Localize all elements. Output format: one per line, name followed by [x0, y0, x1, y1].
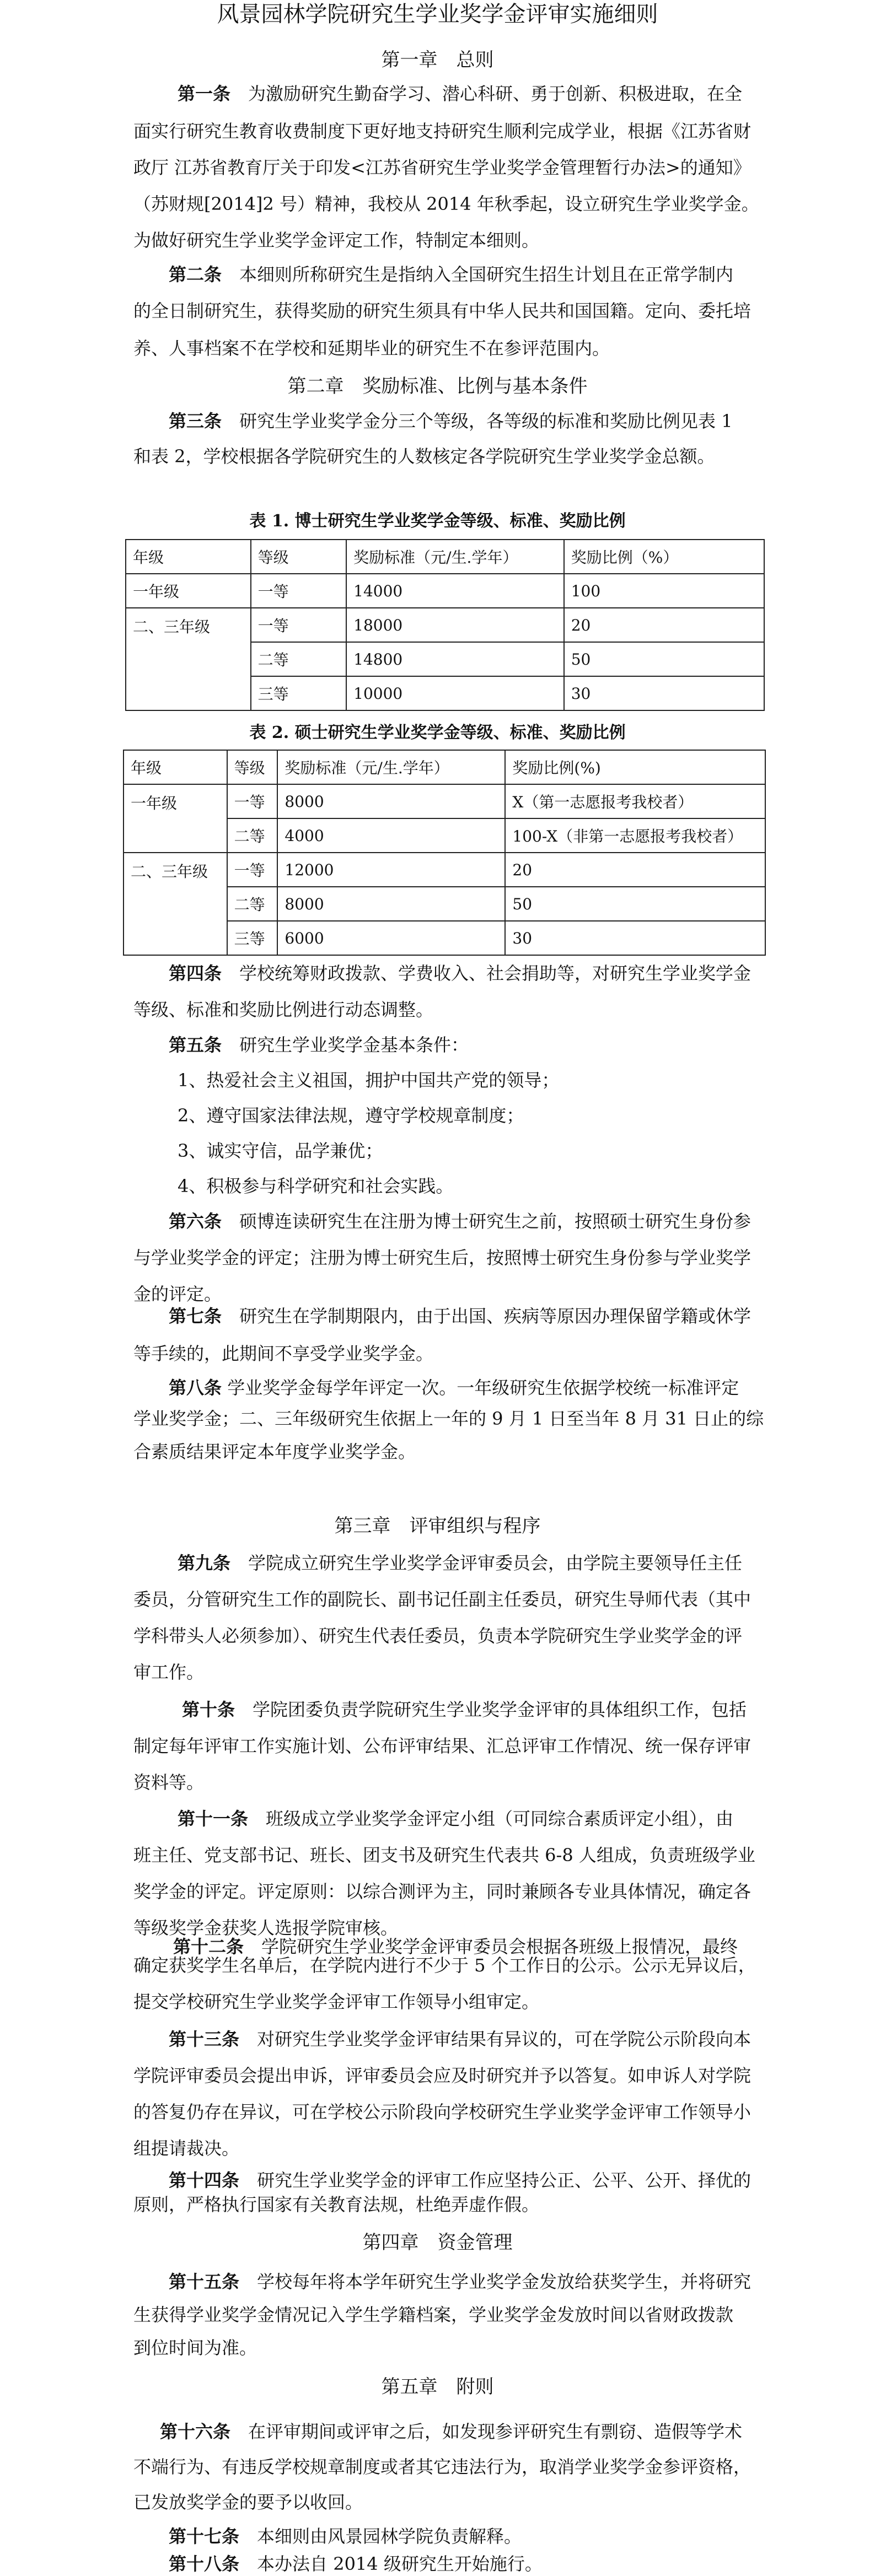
grade-cell: 二、三年级 — [124, 853, 227, 955]
article-9-line: 学科带头人必须参加）、研究生代表任委员，负责本学院研究生学业奖学金的评 — [133, 1625, 742, 1647]
ratio-cell: 20 — [505, 853, 765, 887]
table-row: 一年级 一等 8000 X（第一志愿报考我校者） — [124, 784, 765, 818]
condition-item: 2、遵守国家法律法规，遵守学校规章制度； — [178, 1104, 524, 1127]
table-2-masters: 年级 等级 奖励标准（元/生.学年） 奖励比例(%) 一年级 一等 8000 X… — [123, 750, 766, 956]
article-9-line: 审工作。 — [133, 1661, 204, 1683]
header-cell: 等级 — [251, 540, 346, 574]
article-label: 第十八条 — [169, 2553, 239, 2574]
table-header-row: 年级 等级 奖励标准（元/生.学年） 奖励比例(%) — [124, 750, 765, 784]
level-cell: 三等 — [227, 921, 278, 955]
article-label: 第十六条 — [160, 2421, 230, 2442]
article-label: 第三条 — [169, 411, 222, 432]
article-16-line: 不端行为、有违反学校规章制度或者其它违法行为，取消学业奖学金参评资格， — [133, 2456, 751, 2478]
header-cell: 年级 — [124, 750, 227, 784]
table-header-row: 年级 等级 奖励标准（元/生.学年） 奖励比例（%） — [126, 540, 764, 574]
article-9-line: 委员，分管研究生工作的副院长、副书记任副主任委员，研究生导师代表（其中 — [133, 1588, 751, 1610]
article-label: 第七条 — [169, 1306, 222, 1327]
chapter-1-heading: 第一章 总则 — [0, 48, 875, 72]
amount-cell: 8000 — [277, 887, 505, 921]
grade-cell: 一年级 — [126, 574, 251, 608]
article-1-line: 第一条 为激励研究生勤奋学习、潜心科研、勇于创新、积极进取，在全 — [178, 83, 742, 105]
chapter-2-heading: 第二章 奖励标准、比例与基本条件 — [0, 375, 875, 398]
article-13-line: 的答复仍存在异议，可在学校公示阶段向学校研究生学业奖学金评审工作领导小 — [133, 2101, 751, 2123]
article-label: 第二条 — [169, 264, 222, 285]
article-8-line: 第八条 学业奖学金每学年评定一次。一年级研究生依据学校统一标准评定 — [169, 1377, 739, 1399]
article-8-line: 学业奖学金；二、三年级研究生依据上一年的 9 月 1 日至当年 8 月 31 日… — [133, 1408, 764, 1430]
article-label: 第十三条 — [169, 2029, 239, 2050]
table-row: 二、三年级 一等 12000 20 — [124, 853, 765, 887]
table-1-caption: 表 1. 博士研究生学业奖学金等级、标准、奖励比例 — [0, 511, 875, 531]
amount-cell: 14000 — [346, 574, 564, 608]
article-label: 第十七条 — [169, 2526, 239, 2547]
article-1-line: 政厅 江苏省教育厅关于印发<江苏省研究生学业奖学金管理暂行办法>的通知》 — [133, 157, 751, 179]
article-label: 第十条 — [182, 1699, 235, 1720]
article-1-line: 为做好研究生学业奖学金评定工作，特制定本细则。 — [133, 229, 539, 251]
article-11-line: 班主任、党支部书记、班长、团支书及研究生代表共 6-8 人组成，负责班级学业 — [133, 1844, 755, 1866]
article-13-line: 第十三条 对研究生学业奖学金评审结果有异议的，可在学院公示阶段向本 — [169, 2028, 751, 2050]
article-6-line: 第六条 硕博连读研究生在注册为博士研究生之前，按照硕士研究生身份参 — [169, 1210, 751, 1232]
article-6-line: 与学业奖学金的评定；注册为博士研究生后，按照博士研究生身份参与学业奖学 — [133, 1247, 751, 1269]
article-label: 第四条 — [169, 963, 222, 984]
level-cell: 一等 — [251, 574, 346, 608]
article-1-line: 面实行研究生教育收费制度下更好地支持研究生顺利完成学业，根据《江苏省财 — [133, 120, 751, 142]
article-2-line: 第二条 本细则所称研究生是指纳入全国研究生招生计划且在正常学制内 — [169, 263, 733, 285]
article-label: 第八条 — [169, 1377, 222, 1398]
ratio-cell: 100-X（非第一志愿报考我校者） — [505, 818, 765, 853]
header-cell: 奖励比例（%） — [564, 540, 764, 574]
document-title: 风景园林学院研究生学业奖学金评审实施细则 — [0, 1, 875, 28]
amount-cell: 18000 — [346, 608, 564, 642]
article-10-line: 资料等。 — [133, 1771, 204, 1793]
article-label: 第十四条 — [169, 2170, 239, 2191]
chapter-5-heading: 第五章 附则 — [0, 2375, 875, 2399]
level-cell: 二等 — [227, 887, 278, 921]
level-cell: 一等 — [227, 853, 278, 887]
article-7-line: 第七条 研究生在学制期限内，由于出国、疾病等原因办理保留学籍或休学 — [169, 1305, 751, 1327]
header-cell: 等级 — [227, 750, 278, 784]
article-15-line: 第十五条 学校每年将本学年研究生学业奖学金发放给获奖学生，并将研究 — [169, 2271, 751, 2293]
ratio-cell: 50 — [564, 642, 764, 676]
article-13-line: 组提请裁决。 — [133, 2137, 239, 2159]
ratio-cell: 50 — [505, 887, 765, 921]
article-label: 第一条 — [178, 83, 230, 104]
article-17-line: 第十七条 本细则由风景园林学院负责解释。 — [169, 2525, 522, 2547]
article-label: 第六条 — [169, 1211, 222, 1232]
article-11-line: 第十一条 班级成立学业奖学金评定小组（可同综合素质评定小组），由 — [178, 1808, 733, 1830]
header-cell: 奖励标准（元/生.学年） — [277, 750, 505, 784]
article-2-line: 养、人事档案不在学校和延期毕业的研究生不在参评范围内。 — [133, 337, 610, 359]
article-8-line: 合素质结果评定本年度学业奖学金。 — [133, 1441, 416, 1463]
article-7-line: 等手续的，此期间不享受学业奖学金。 — [133, 1343, 433, 1365]
condition-item: 1、热爱社会主义祖国，拥护中国共产党的领导； — [178, 1069, 559, 1091]
article-4-line: 等级、标准和奖励比例进行动态调整。 — [133, 999, 433, 1021]
amount-cell: 14800 — [346, 642, 564, 676]
header-cell: 年级 — [126, 540, 251, 574]
ratio-cell: 100 — [564, 574, 764, 608]
article-14-line: 第十四条 研究生学业奖学金的评审工作应坚持公正、公平、公开、择优的 — [169, 2169, 751, 2191]
article-10-line: 制定每年评审工作实施计划、公布评审结果、汇总评审工作情况、统一保存评审 — [133, 1735, 751, 1757]
article-15-line: 生获得学业奖学金情况记入学生学籍档案，学业奖学金发放时间以省财政拨款 — [133, 2304, 733, 2326]
ratio-cell: X（第一志愿报考我校者） — [505, 784, 765, 818]
article-18-line: 第十八条 本办法自 2014 级研究生开始施行。 — [169, 2553, 543, 2575]
ratio-cell: 30 — [564, 676, 764, 710]
table-row: 二、三年级 一等 18000 20 — [126, 608, 764, 642]
amount-cell: 8000 — [277, 784, 505, 818]
level-cell: 一等 — [227, 784, 278, 818]
article-16-line: 第十六条 在评审期间或评审之后，如发现参评研究生有剽窃、造假等学术 — [160, 2421, 742, 2443]
table-2-caption: 表 2. 硕士研究生学业奖学金等级、标准、奖励比例 — [0, 723, 875, 743]
level-cell: 三等 — [251, 676, 346, 710]
chapter-4-heading: 第四章 资金管理 — [0, 2231, 875, 2254]
condition-item: 3、诚实守信，品学兼优； — [178, 1140, 383, 1162]
article-2-line: 的全日制研究生，获得奖励的研究生须具有中华人民共和国国籍。定向、委托培 — [133, 300, 751, 322]
table-row: 一年级 一等 14000 100 — [126, 574, 764, 608]
article-11-line: 奖学金的评定。评定原则：以综合测评为主，同时兼顾各专业具体情况，确定各 — [133, 1880, 751, 1903]
header-cell: 奖励标准（元/生.学年） — [346, 540, 564, 574]
header-cell: 奖励比例(%) — [505, 750, 765, 784]
article-6-line: 金的评定。 — [133, 1283, 222, 1305]
article-1-line: （苏财规[2014]2 号）精神，我校从 2014 年秋季起，设立研究生学业奖学… — [133, 193, 759, 215]
article-12-line: 确定获奖学生名单后，在学院内进行不少于 5 个工作日的公示。公示无异议后， — [133, 1954, 756, 1976]
level-cell: 二等 — [251, 642, 346, 676]
article-14-line: 原则，严格执行国家有关教育法规，杜绝弄虚作假。 — [133, 2194, 539, 2216]
amount-cell: 10000 — [346, 676, 564, 710]
article-15-line: 到位时间为准。 — [133, 2337, 257, 2359]
amount-cell: 4000 — [277, 818, 505, 853]
article-10-line: 第十条 学院团委负责学院研究生学业奖学金评审的具体组织工作，包括 — [182, 1699, 747, 1721]
article-label: 第九条 — [178, 1553, 230, 1573]
article-16-line: 已发放奖学金的要予以收回。 — [133, 2491, 363, 2513]
article-3-line: 和表 2，学校根据各学院研究生的人数核定各学院研究生学业奖学金总额。 — [133, 445, 715, 467]
amount-cell: 6000 — [277, 921, 505, 955]
article-label: 第五条 — [169, 1034, 222, 1055]
article-12-line: 提交学校研究生学业奖学金评审工作领导小组审定。 — [133, 1991, 539, 2013]
article-9-line: 第九条 学院成立研究生学业奖学金评审委员会，由学院主要领导任主任 — [178, 1552, 742, 1574]
level-cell: 二等 — [227, 818, 278, 853]
amount-cell: 12000 — [277, 853, 505, 887]
level-cell: 一等 — [251, 608, 346, 642]
ratio-cell: 30 — [505, 921, 765, 955]
table-1-doctoral: 年级 等级 奖励标准（元/生.学年） 奖励比例（%） 一年级 一等 14000 … — [125, 539, 765, 711]
chapter-3-heading: 第三章 评审组织与程序 — [0, 1515, 875, 1538]
article-3-line: 第三条 研究生学业奖学金分三个等级，各等级的标准和奖励比例见表 1 — [169, 410, 733, 432]
article-5-line: 第五条 研究生学业奖学金基本条件： — [169, 1034, 469, 1056]
grade-cell: 二、三年级 — [126, 608, 251, 710]
ratio-cell: 20 — [564, 608, 764, 642]
article-4-line: 第四条 学校统筹财政拨款、学费收入、社会捐助等，对研究生学业奖学金 — [169, 962, 751, 984]
condition-item: 4、积极参与科学研究和社会实践。 — [178, 1175, 453, 1197]
article-label: 第十一条 — [178, 1808, 248, 1829]
article-label: 第十五条 — [169, 2271, 239, 2292]
grade-cell: 一年级 — [124, 784, 227, 853]
article-13-line: 学院评审委员会提出申诉，评审委员会应及时研究并予以答复。如申诉人对学院 — [133, 2065, 751, 2087]
